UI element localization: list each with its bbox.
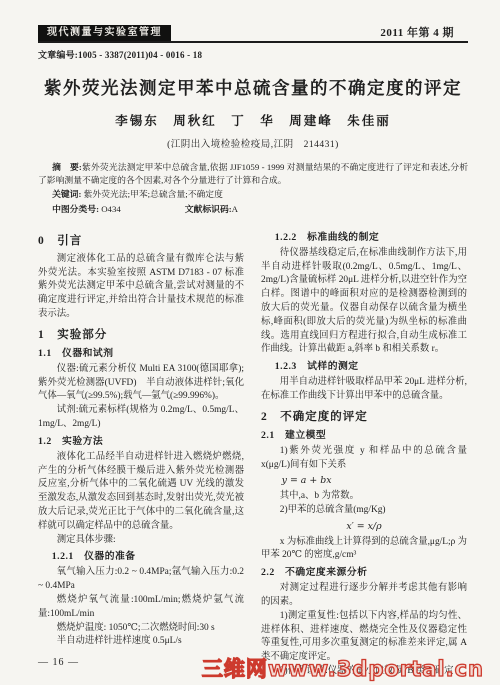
classification-line: 中图分类号: O434文献标识码:A: [38, 203, 468, 216]
formula-density: x′ = x/ρ: [261, 520, 467, 534]
abstract-text: 紫外荧光法测定甲苯中总硫含量,依据 JJF1059 - 1999 对测量结果的不…: [38, 162, 468, 185]
section-heading-2-uncertainty: 2 不确定度的评定: [261, 410, 467, 424]
paragraph-furnace-temp: 燃烧炉温度: 1050℃;二次燃烧时间:30 s: [38, 622, 244, 636]
paragraph-variables: x 为标准曲线上计算得到的总硫含量,μg/L;ρ 为甲苯 20℃ 的密度,g/c…: [261, 536, 467, 564]
paragraph-injection-speed: 半自动进样针进样速度 0.5μL/s: [38, 635, 244, 649]
paper-page: 现代测量与实验室管理 2011 年第 4 期 文章编号:1005 - 3387(…: [0, 0, 500, 685]
paragraph-gas-pressure: 氧气输入压力:0.2 ~ 0.4MPa;氩气输入压力:0.2 ~ 0.4MPa: [38, 566, 244, 594]
journal-header: 现代测量与实验室管理 2011 年第 4 期: [38, 24, 468, 43]
formula-linear: y = a + bx: [282, 474, 467, 488]
clc-number: 中图分类号: O434: [52, 204, 121, 214]
abstract-label: 摘 要:: [52, 162, 82, 172]
journal-name-badge: 现代测量与实验室管理: [38, 25, 171, 41]
keywords-label: 关键词:: [52, 189, 81, 199]
doc-code: 文献标识码:A: [185, 204, 238, 214]
doc-code-value: A: [232, 204, 238, 214]
paragraph-constants: 其中,a、b 为常数。: [261, 490, 467, 504]
subsection-heading-1-1: 1.1 仪器和试剂: [38, 347, 244, 361]
clc-value: O434: [99, 204, 121, 214]
left-column: 0 引言 测定液体化工品的总硫含量有微库仑法与紫外荧光法。本实验室按照 ASTM…: [38, 228, 244, 679]
affiliation-line: (江阴出入境检验检疫局,江阴 214431): [38, 136, 468, 150]
keywords-text: 紫外荧光法;甲苯;总硫含量;不确定度: [81, 189, 223, 199]
subsection-heading-2-1: 2.1 建立模型: [261, 429, 467, 443]
clc-label: 中图分类号:: [52, 204, 99, 214]
paragraph-gas-flow: 燃烧炉氧气流量:100mL/min;燃烧炉氩气流量:100mL/min: [38, 594, 244, 622]
paragraph-steps-intro: 测定具体步骤:: [38, 534, 244, 548]
paragraph-instruments: 仪器:硫元素分析仪 Multi EA 3100(德国耶拿);紫外荧光检测器(UV…: [38, 363, 244, 404]
paragraph-calibration-curve: 待仪器基线稳定后,在标准曲线制作方法下,用半自动进样针吸取(0.2mg/L、0.…: [261, 247, 467, 357]
article-number: 文章编号:1005 - 3387(2011)04 - 0016 - 18: [38, 48, 468, 61]
keywords-line: 关键词: 紫外荧光法;甲苯;总硫含量;不确定度: [38, 188, 468, 201]
paragraph-intro: 测定液体化工品的总硫含量有微库仑法与紫外荧光法。本实验室按照 ASTM D718…: [38, 253, 244, 322]
paragraph-reagents: 试剂:硫元素标样(规格为 0.2mg/L、0.5mg/L、1mg/L、2mg/L…: [38, 404, 244, 432]
paragraph-sample-measurement: 用半自动进样针吸取样品甲苯 20μL 进样分析,在标准工作曲线下计算出甲苯中的总…: [261, 376, 467, 404]
section-heading-1-experiment: 1 实验部分: [38, 328, 244, 342]
subsection-heading-1-2: 1.2 实验方法: [38, 435, 244, 449]
subsubsection-heading-1-2-1: 1.2.1 仪器的准备: [52, 550, 244, 564]
paper-title: 紫外荧光法测定甲苯中总硫含量的不确定度的评定: [38, 75, 468, 100]
two-column-body: 0 引言 测定液体化工品的总硫含量有微库仑法与紫外荧光法。本实验室按照 ASTM…: [38, 228, 468, 679]
paragraph-method: 液体化工品经半自动进样针进入燃烧炉燃烧,产生的分析气体经膜干燥后进入紫外荧光检测…: [38, 451, 244, 534]
authors-line: 李锡东 周秋红 丁 华 周建峰 朱佳丽: [38, 111, 468, 129]
paragraph-toluene-sulfur: 2)甲苯的总硫含量(mg/Kg): [261, 504, 467, 518]
subsubsection-heading-1-2-3: 1.2.3 试样的测定: [275, 360, 467, 374]
paragraph-source-analysis: 对测定过程进行逐步分解并考虑其他有影响的因素。: [261, 582, 467, 610]
issue-label: 2011 年第 4 期: [380, 24, 468, 41]
paragraph-model-relation: 1)紫外荧光强度 y 和样品中的总硫含量 x(μg/L)间有如下关系: [261, 445, 467, 473]
watermark-3dportal: 三维网www.3dportal.cn: [202, 653, 484, 683]
subsubsection-heading-1-2-2: 1.2.2 标准曲线的制定: [275, 231, 467, 245]
section-heading-0-intro: 0 引言: [38, 234, 244, 248]
abstract-paragraph: 摘 要:紫外荧光法测定甲苯中总硫含量,依据 JJF1059 - 1999 对测量…: [38, 161, 468, 187]
doc-code-label: 文献标识码:: [185, 204, 232, 214]
subsection-heading-2-2: 2.2 不确定度来源分析: [261, 566, 467, 580]
right-column: 1.2.2 标准曲线的制定 待仪器基线稳定后,在标准曲线制作方法下,用半自动进样…: [261, 228, 467, 679]
